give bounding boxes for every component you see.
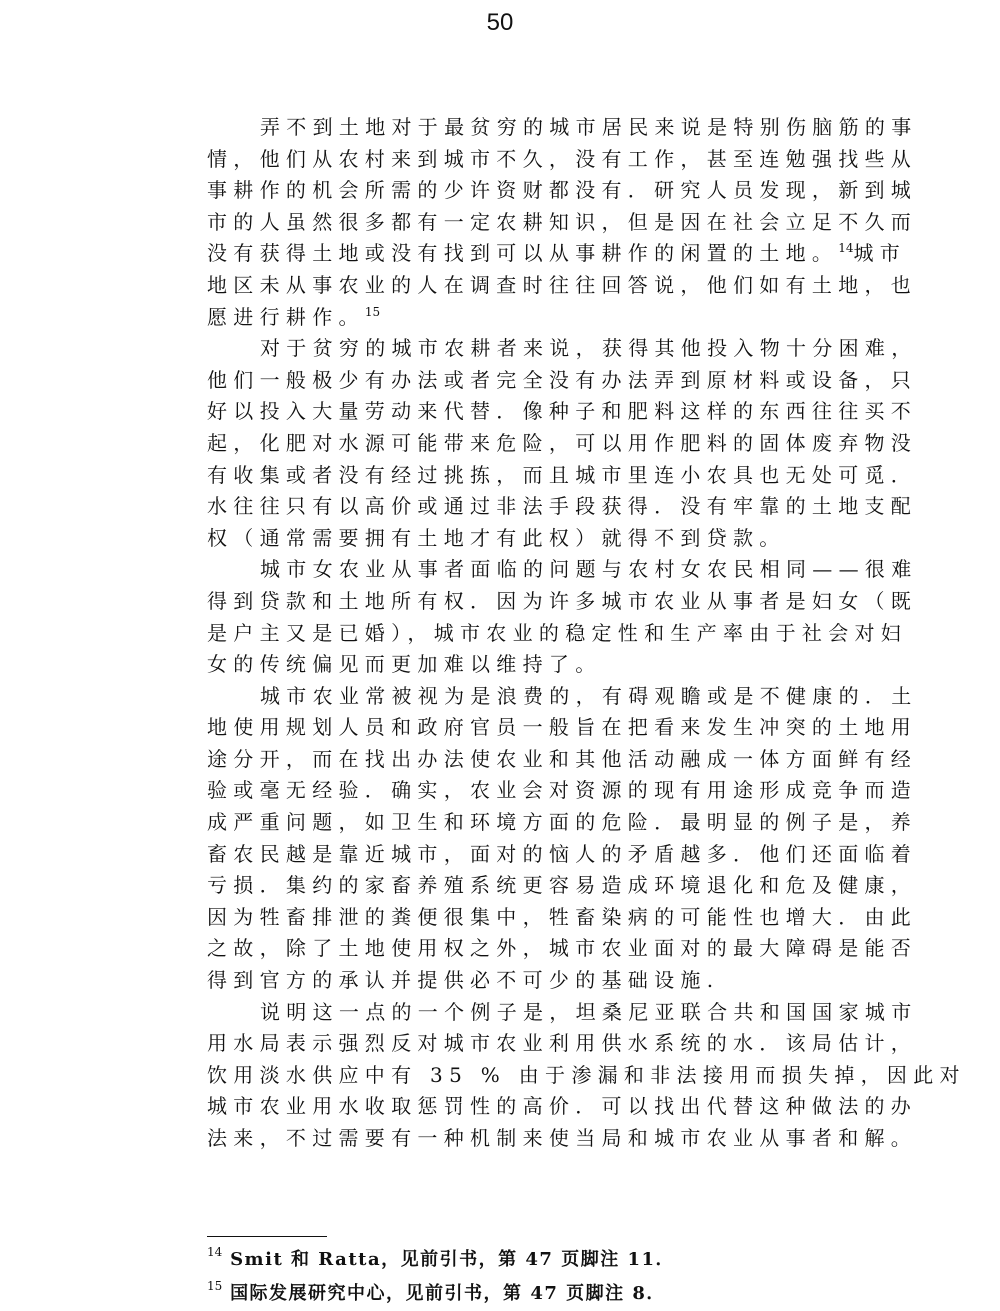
paragraph-4: 城市农业常被视为是浪费的，有碍观瞻或是不健康的．土 地使用规划人员和政府官员一般… xyxy=(207,681,803,997)
footnote-14: 14 Smit 和 Ratta，见前引书，第 47 页脚注 11． xyxy=(207,1243,807,1277)
paragraph-5: 说明这一点的一个例子是，坦桑尼亚联合共和国国家城市 用水局表示强烈反对城市农业利… xyxy=(207,997,803,1155)
text-line: 法来，不过需要有一种机制来使当局和城市农业从事者和解。 xyxy=(207,1123,803,1155)
footnote-marker: 14 xyxy=(207,1245,222,1259)
text-line: 亏损．集约的家畜养殖系统更容易造成环境退化和危及健康， xyxy=(207,870,803,902)
text-line: 城市女农业从事者面临的问题与农村女农民相同——很难 xyxy=(207,554,803,586)
text-line: 之故，除了土地使用权之外，城市农业面对的最大障碍是能否 xyxy=(207,933,803,965)
text-segment: 城市 xyxy=(853,241,906,265)
text-line: 权（通常需要拥有土地才有此权）就得不到贷款。 xyxy=(207,523,803,555)
text-line: 起，化肥对水源可能带来危险，可以用作肥料的固体废弃物没 xyxy=(207,428,803,460)
text-line: 是户主又是已婚），城市农业的稳定性和生产率由于社会对妇 xyxy=(207,618,803,650)
text-line: 市的人虽然很多都有一定农耕知识，但是因在社会立足不久而 xyxy=(207,207,803,239)
text-line: 城市农业用水收取惩罚性的高价．可以找出代替这种做法的办 xyxy=(207,1091,803,1123)
footnote-15: 15 国际发展研究中心，见前引书，第 47 页脚注 8． xyxy=(207,1277,807,1311)
footnote-text: 国际发展研究中心，见前引书，第 47 页脚注 8． xyxy=(230,1283,666,1304)
text-line: 弄不到土地对于最贫穷的城市居民来说是特别伤脑筋的事 xyxy=(207,112,803,144)
footnote-ref-14[interactable]: 14 xyxy=(838,241,853,255)
text-line-with-footnote: 愿进行耕作。15 xyxy=(207,302,803,334)
text-line: 有收集或者没有经过挑拣，而且城市里连小农具也无处可觅． xyxy=(207,460,803,492)
text-segment: 没有获得土地或没有找到可以从事耕作的闲置的土地。 xyxy=(207,241,838,265)
text-line: 城市农业常被视为是浪费的，有碍观瞻或是不健康的．土 xyxy=(207,681,803,713)
text-line-with-footnote: 没有获得土地或没有找到可以从事耕作的闲置的土地。14城市 xyxy=(207,238,803,270)
footnote-marker: 15 xyxy=(207,1279,222,1293)
paragraph-1: 弄不到土地对于最贫穷的城市居民来说是特别伤脑筋的事 情，他们从农村来到城市不久，… xyxy=(207,112,803,333)
text-line: 畜农民越是靠近城市，面对的恼人的矛盾越多．他们还面临着 xyxy=(207,839,803,871)
text-line: 用水局表示强烈反对城市农业利用供水系统的水．该局估计， xyxy=(207,1028,803,1060)
footnotes: 14 Smit 和 Ratta，见前引书，第 47 页脚注 11． 15 国际发… xyxy=(207,1243,807,1311)
paragraph-3: 城市女农业从事者面临的问题与农村女农民相同——很难 得到贷款和土地所有权．因为许… xyxy=(207,554,803,680)
text-segment: 愿进行耕作。 xyxy=(207,305,365,329)
text-line: 得到官方的承认并提供必不可少的基础设施. xyxy=(207,965,803,997)
text-line: 女的传统偏见而更加难以维持了。 xyxy=(207,649,803,681)
text-line: 验或毫无经验．确实，农业会对资源的现有用途形成竞争而造 xyxy=(207,775,803,807)
text-line: 好以投入大量劳动来代替．像种子和肥料这样的东西往往买不 xyxy=(207,396,803,428)
paragraph-2: 对于贫穷的城市农耕者来说，获得其他投入物十分困难， 他们一般极少有办法或者完全没… xyxy=(207,333,803,554)
text-line: 成严重问题，如卫生和环境方面的危险．最明显的例子是，养 xyxy=(207,807,803,839)
footnote-text: Smit 和 Ratta，见前引书，第 47 页脚注 11． xyxy=(230,1249,675,1270)
page-number: 50 xyxy=(0,8,1000,38)
footnote-divider xyxy=(207,1236,327,1237)
text-line: 地区未从事农业的人在调查时往往回答说，他们如有土地，也 xyxy=(207,270,803,302)
text-line: 他们一般极少有办法或者完全没有办法弄到原材料或设备，只 xyxy=(207,365,803,397)
footnote-ref-15[interactable]: 15 xyxy=(365,305,380,319)
text-line: 情，他们从农村来到城市不久，没有工作，甚至连勉强找些从 xyxy=(207,144,803,176)
text-line: 途分开，而在找出办法使农业和其他活动融成一体方面鲜有经 xyxy=(207,744,803,776)
text-line: 饮用淡水供应中有 35 % 由于渗漏和非法接用而损失掉，因此对 xyxy=(207,1060,803,1092)
text-line: 对于贫穷的城市农耕者来说，获得其他投入物十分困难， xyxy=(207,333,803,365)
text-line: 因为牲畜排泄的粪便很集中，牲畜染病的可能性也增大．由此 xyxy=(207,902,803,934)
text-line: 水往往只有以高价或通过非法手段获得．没有牢靠的土地支配 xyxy=(207,491,803,523)
text-line: 地使用规划人员和政府官员一般旨在把看来发生冲突的土地用 xyxy=(207,712,803,744)
body-text: 弄不到土地对于最贫穷的城市居民来说是特别伤脑筋的事 情，他们从农村来到城市不久，… xyxy=(207,112,803,1155)
text-line: 说明这一点的一个例子是，坦桑尼亚联合共和国国家城市 xyxy=(207,997,803,1029)
text-line: 事耕作的机会所需的少许资财都没有．研究人员发现，新到城 xyxy=(207,175,803,207)
text-line: 得到贷款和土地所有权．因为许多城市农业从事者是妇女（既 xyxy=(207,586,803,618)
